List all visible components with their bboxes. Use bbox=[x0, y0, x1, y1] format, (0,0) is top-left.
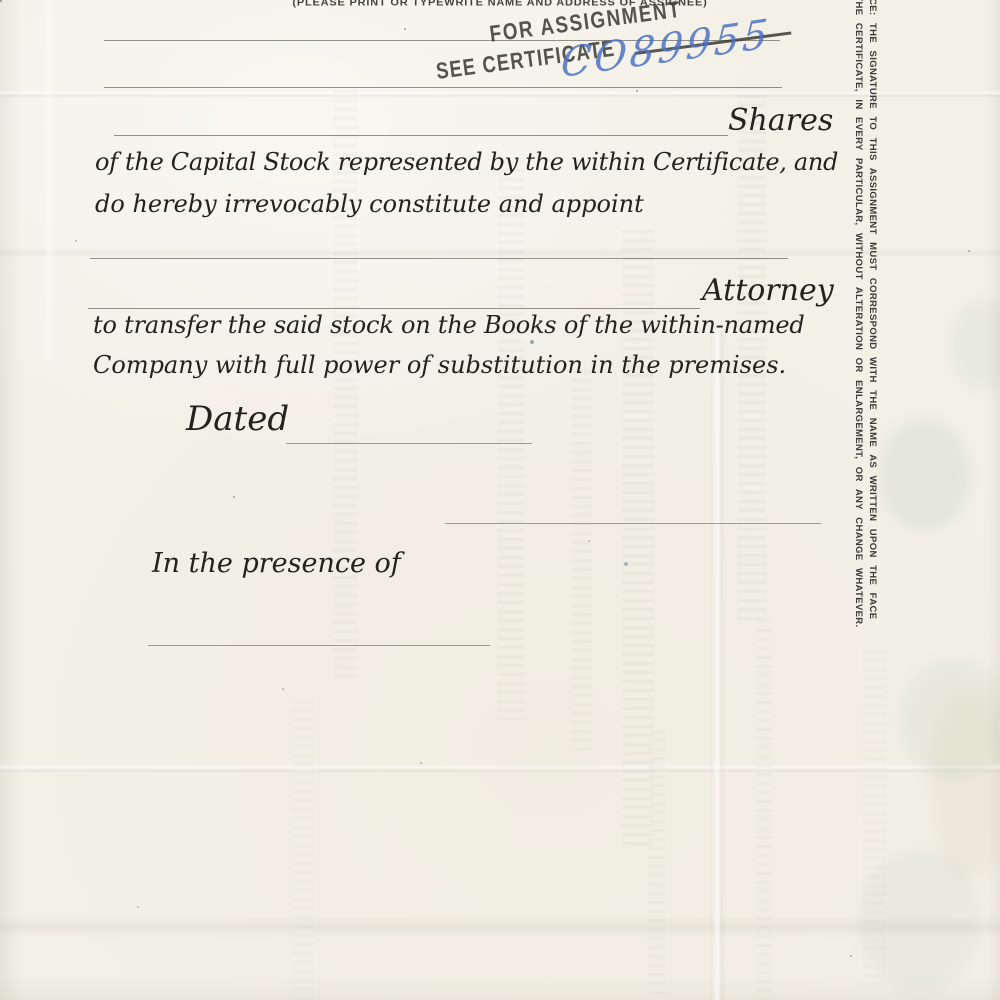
paper-crease bbox=[0, 248, 1000, 258]
notice-line-1: NOTICE: THE SIGNATURE TO THIS ASSIGNMENT… bbox=[865, 0, 879, 674]
paper-crease bbox=[0, 90, 1000, 98]
assignee-fill-line bbox=[104, 87, 782, 88]
stain-mark bbox=[950, 300, 1000, 390]
assignment-text-line-3: to transfer the said stock on the Books … bbox=[93, 312, 805, 340]
shares-fill-line bbox=[114, 135, 728, 136]
paper-crease bbox=[42, 0, 56, 360]
signature-line bbox=[445, 523, 821, 524]
witness-line bbox=[148, 645, 490, 646]
stain-mark bbox=[930, 690, 1000, 880]
stain-mark bbox=[900, 660, 1000, 780]
ghost-text-band bbox=[498, 160, 524, 720]
ghost-text-band bbox=[572, 370, 592, 750]
assignment-text-line-4: Company with full power of substitution … bbox=[93, 352, 786, 380]
stain-mark bbox=[860, 850, 980, 990]
attorney-fill-line bbox=[88, 308, 700, 309]
ghost-text-band bbox=[756, 620, 772, 1000]
ghost-text-band bbox=[862, 650, 886, 990]
dated-label: Dated bbox=[186, 400, 289, 439]
paper-crease bbox=[0, 916, 1000, 938]
certificate-back-page: (PLEASE PRINT OR TYPEWRITE NAME AND ADDR… bbox=[0, 0, 1000, 1000]
notice-vertical-text: NOTICE: THE SIGNATURE TO THIS ASSIGNMENT… bbox=[851, 0, 879, 674]
dated-fill-line bbox=[286, 443, 532, 444]
assignment-text-line-1: of the Capital Stock represented by the … bbox=[95, 149, 838, 177]
notice-line-2: OF THE CERTIFICATE, IN EVERY PARTICULAR,… bbox=[851, 0, 865, 674]
assignee-instruction-label: (PLEASE PRINT OR TYPEWRITE NAME AND ADDR… bbox=[0, 0, 1000, 8]
shares-label: Shares bbox=[728, 104, 833, 139]
paper-crease bbox=[710, 330, 726, 1000]
attorney-fill-line bbox=[90, 258, 788, 259]
presence-label: In the presence of bbox=[152, 548, 401, 579]
paper-crease bbox=[0, 764, 1000, 773]
ghost-text-band bbox=[292, 700, 314, 1000]
attorney-label: Attorney bbox=[702, 274, 834, 309]
ghost-text-band bbox=[648, 730, 666, 1000]
stain-mark bbox=[880, 420, 970, 530]
assignment-text-line-2: do hereby irrevocably constitute and app… bbox=[95, 191, 644, 219]
ghost-text-band bbox=[333, 90, 357, 680]
